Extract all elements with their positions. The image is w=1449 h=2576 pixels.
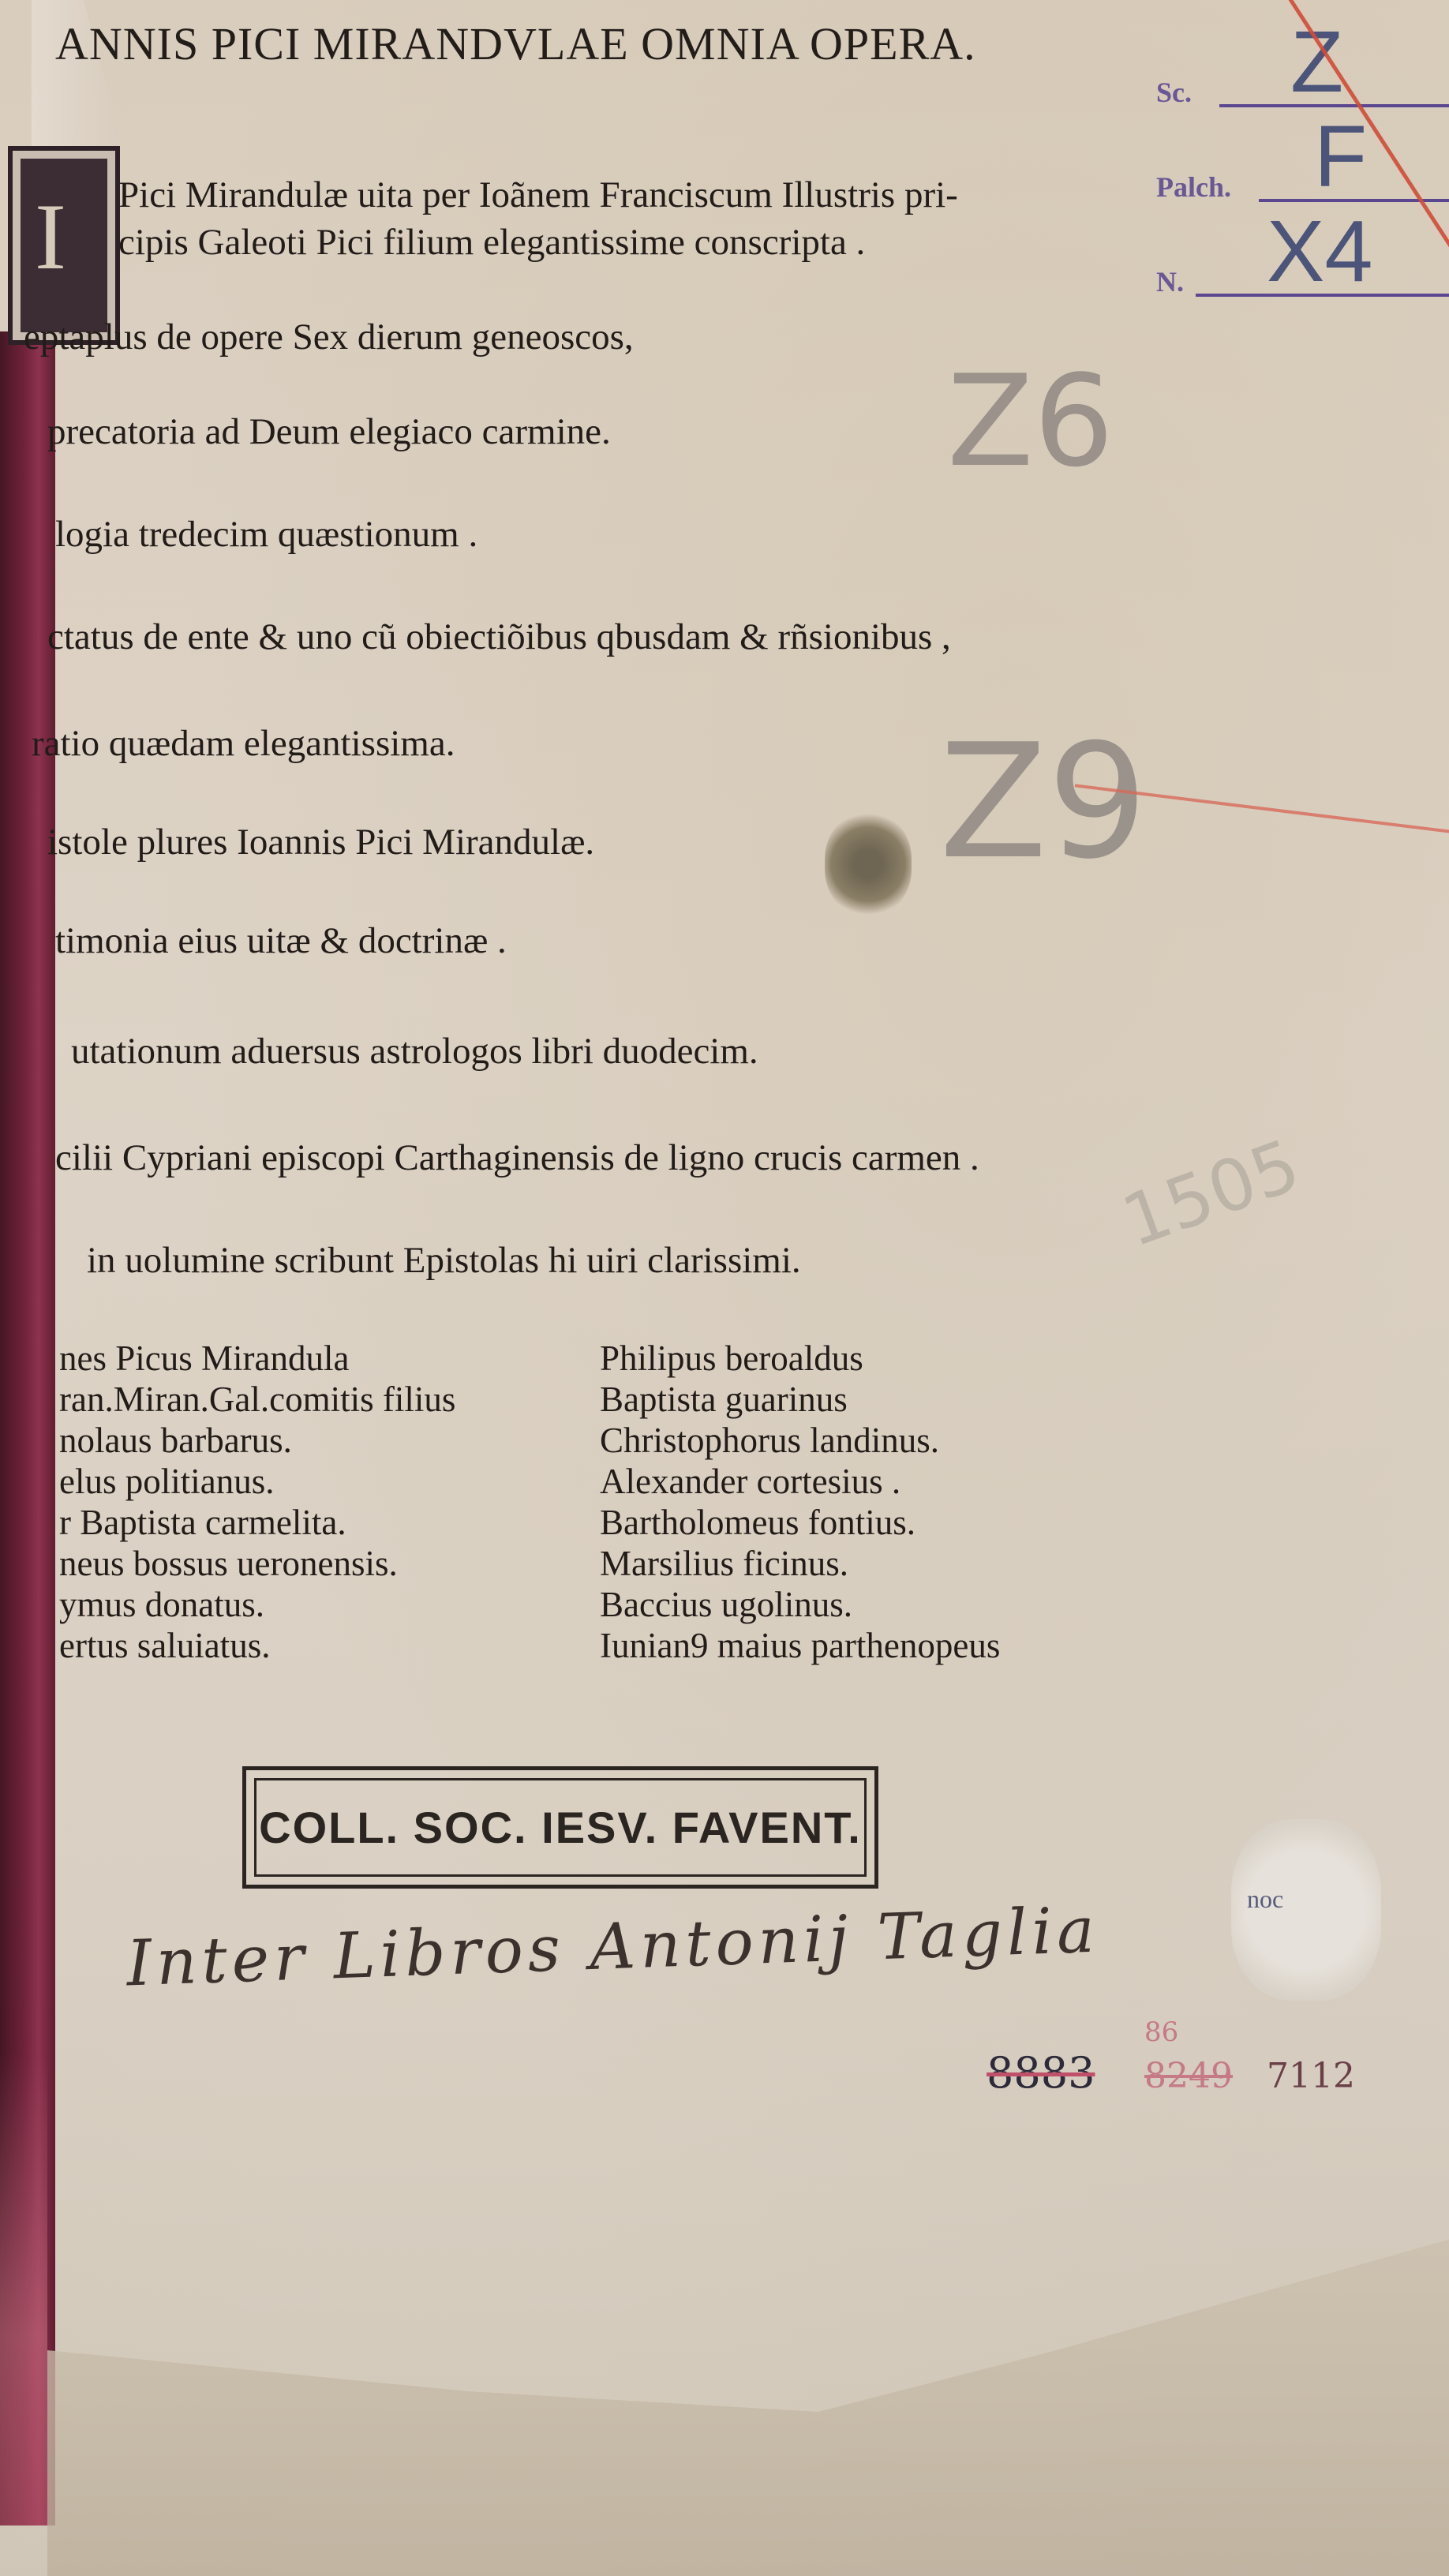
inventory-number-crossed: 8883 [987,2048,1095,2098]
shelf-value: X4 [1267,201,1373,301]
author-name: nolaus barbarus. [59,1420,455,1461]
authors-column-right: Philipus beroaldus Baptista guarinus Chr… [600,1338,1000,1666]
contents-line: timonia eius uitæ & doctrinæ . [55,919,507,962]
contents-line: logia tredecim quæstionum . [55,513,477,556]
contents-line: eptaplus de opere Sex dierum geneoscos, [24,316,634,358]
author-name: Marsilius ficinus. [600,1543,1000,1584]
contents-line: utationum aduersus astrologos libri duod… [71,1030,758,1073]
author-name: Baptista guarinus [600,1379,1000,1420]
author-name: Alexander cortesius . [600,1461,1000,1502]
author-name: ran.Miran.Gal.comitis filius [59,1379,455,1420]
author-name: Christophorus landinus. [600,1420,1000,1461]
contents-line: cipis Galeoti Pici filium elegantissime … [118,221,865,264]
shelf-label: Sc. [1156,76,1192,109]
author-name: Iunian9 maius parthenopeus [600,1625,1000,1666]
author-name: Philipus beroaldus [600,1338,1000,1379]
contents-line: ctatus de ente & uno cũ obiectiõibus qbu… [47,616,951,658]
contents-line: ratio quædam elegantissima. [32,722,455,765]
author-name: Baccius ugolinus. [600,1584,1000,1625]
author-name: nes Picus Mirandula [59,1338,455,1379]
author-name: Bartholomeus fontius. [600,1502,1000,1543]
book-page: ANNIS PICI MIRANDVLAE OMNIA OPERA. I Pic… [0,0,1449,2576]
author-name: r Baptista carmelita. [59,1502,455,1543]
red-binding-edge [0,331,55,2525]
contents-line: istole plures Ioannis Pici Mirandulæ. [47,821,594,863]
contents-line: in uolumine scribunt Epistolas hi uiri c… [87,1239,801,1282]
pencil-mark: 1505 [1112,1124,1310,1264]
contents-line: cilii Cypriani episcopi Carthaginensis d… [55,1136,979,1179]
shelf-value: F [1314,107,1367,207]
author-name: ymus donatus. [59,1584,455,1625]
pencil-mark: Z9 [939,710,1148,894]
shelf-label: Palch. [1156,170,1231,204]
inventory-superscript: 86 [1144,2016,1178,2048]
inventory-number-current: 7112 [1267,2056,1355,2096]
shelf-row-n: N. X4 [1156,253,1449,308]
initial-letter: I [35,182,66,291]
shelf-value: Z [1290,12,1343,112]
stamp-text: COLL. SOC. IESV. FAVENT. [254,1778,867,1877]
provenance-signature: Inter Libros Antonij Taglia [125,1893,1100,2001]
shelf-row-sc: Sc. Z [1156,63,1449,118]
inventory-number-red: 8249 [1144,2056,1233,2096]
ownership-stamp: COLL. SOC. IESV. FAVENT. [242,1766,878,1889]
contents-line: precatoria ad Deum elegiaco carmine. [47,410,611,453]
author-name: neus bossus ueronensis. [59,1543,455,1584]
torn-page-bottom [47,2166,1449,2576]
ink-blot [825,813,912,915]
pencil-mark: Z6 [947,347,1114,495]
authors-column-left: nes Picus Mirandula ran.Miran.Gal.comiti… [59,1338,455,1666]
contents-line: Pici Mirandulæ uita per Ioãnem Franciscu… [118,174,958,216]
shelf-label: N. [1156,265,1184,298]
author-name: elus politianus. [59,1461,455,1502]
author-name: ertus saluiatus. [59,1625,455,1666]
patch-text: noc [1247,1885,1283,1914]
page-title: ANNIS PICI MIRANDVLAE OMNIA OPERA. [55,17,976,70]
